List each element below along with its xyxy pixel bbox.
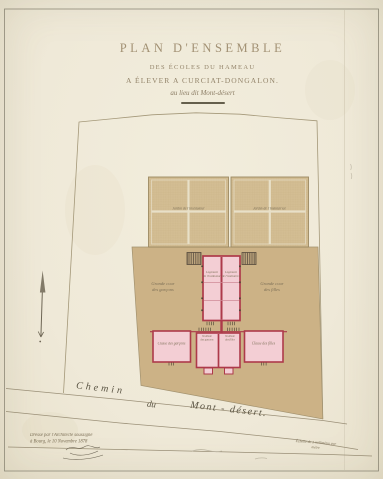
vestibule-girls-label: Vestibule des filles [221,335,239,342]
classroom-boys-label: Classe des garçons [156,342,187,347]
title-rule [181,102,225,104]
plan-sheet: PLAN D'ENSEMBLE DES ÉCOLES DU HAMEAU A É… [0,0,383,479]
court-left-line2: des garçons [137,288,190,294]
page-title: PLAN D'ENSEMBLE [95,41,310,56]
house-right-line2: de l'institutrice [221,275,241,279]
vestibule-boys-line2: des garçons [198,338,216,342]
garden-left-label: Jardin de l'Instituteur [163,207,213,212]
architect-note-line2: à Bourg, le 10 Novembre 1878 [30,439,120,445]
architect-note: Dressé par l'Architecte soussigné à Bour… [30,433,120,445]
latrine-left [187,253,201,265]
house-left-line2: de l'instituteur [202,275,222,279]
court-right-line2: des filles [246,288,299,294]
latrine-right [242,253,256,265]
teachers-house [201,256,240,321]
classroom-girls-label: Classe des filles [248,342,279,347]
north-arrow-icon [38,271,45,343]
vestibule-girls-line2: des filles [221,338,239,342]
court-right-label: Grande cour des filles [246,282,299,294]
title-subtitle-2: A ÉLEVER A CURCIAT-DONGALON. [95,76,310,85]
vestibule-boys-label: Vestibule des garçons [198,335,216,342]
house-right-label: Logement de l'institutrice [221,271,241,279]
garden-left-area [149,177,229,247]
architect-signature [63,446,103,460]
garden-right-label: Jardin de l'Institutrice [244,207,294,212]
house-left-label: Logement de l'instituteur [202,271,222,279]
title-subtitle-1: DES ÉCOLES DU HAMEAU [95,64,310,71]
vestibule-boys-line1: Vestibule [198,335,216,339]
road-name-word2: du [146,399,156,410]
court-left-label: Grande cour des garçons [137,282,190,294]
garden-right-area [231,177,309,247]
vestibule-girls-line1: Vestibule [221,335,239,339]
title-location: au lieu dit Mont-désert [95,89,310,97]
